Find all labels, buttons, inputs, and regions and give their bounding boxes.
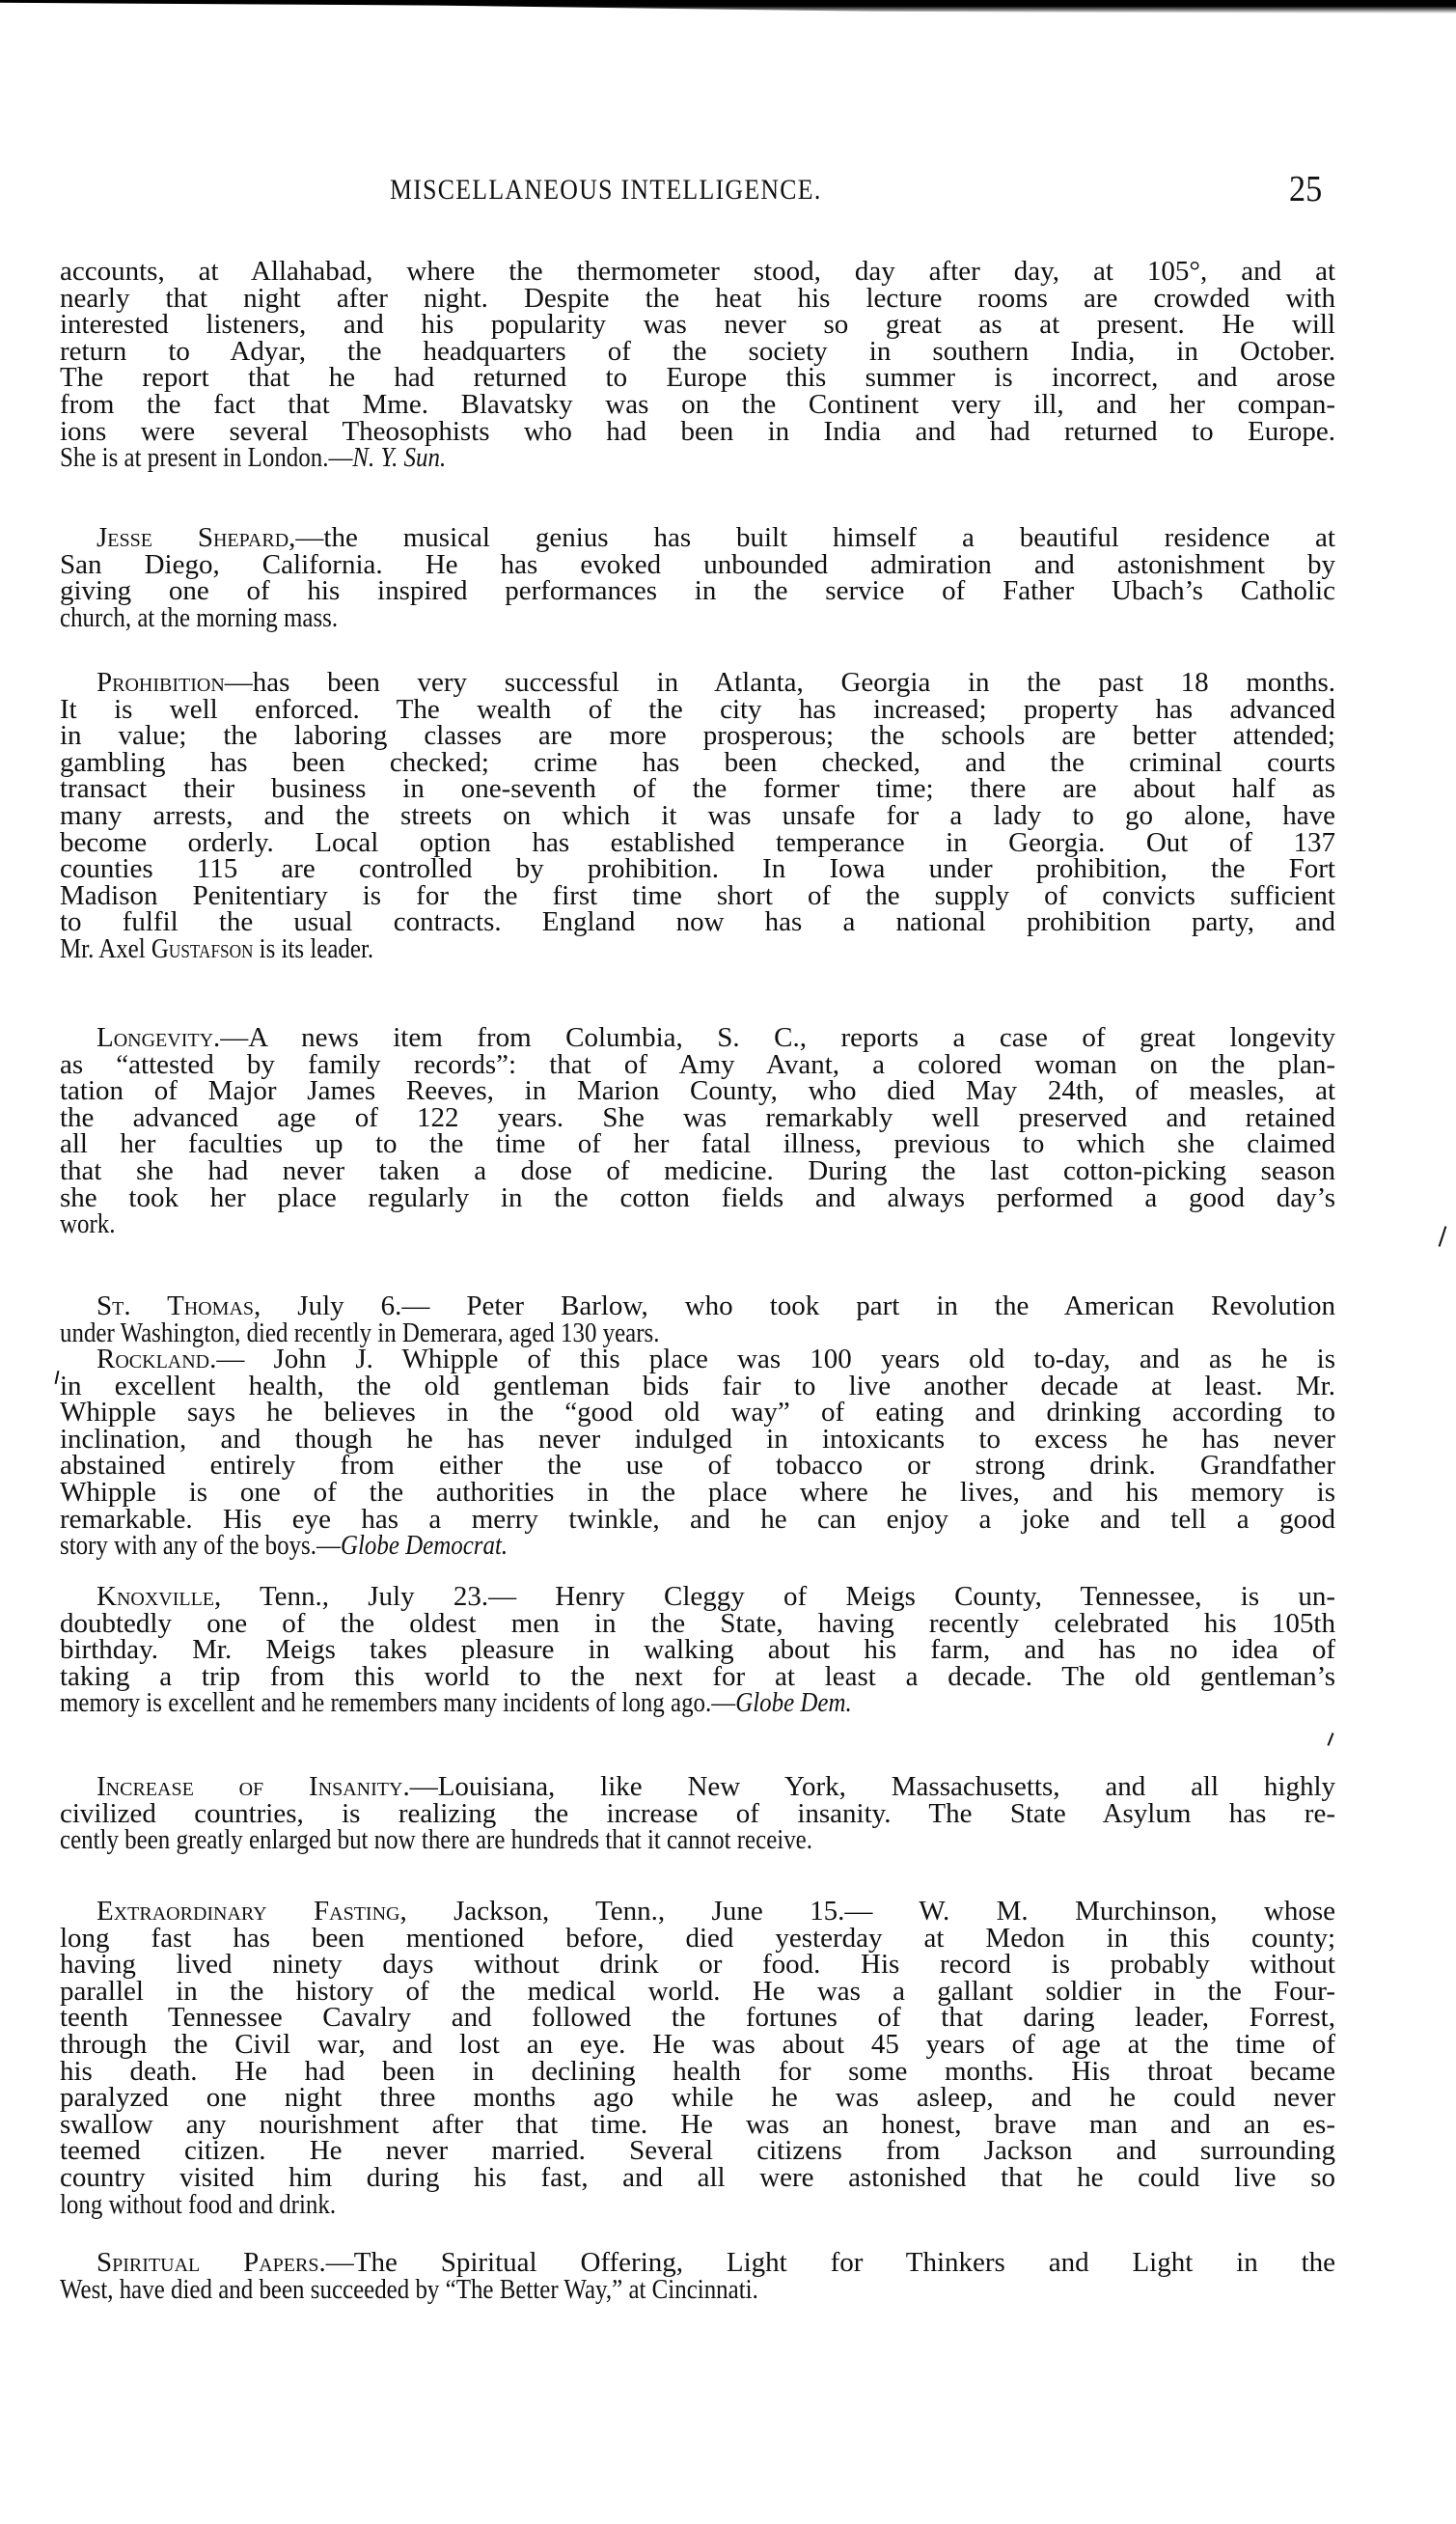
text-line: in excellent health, the old gentleman b…	[60, 1373, 1335, 1401]
paragraph-theosophy-continuation: accounts, at Allahabad, where the thermo…	[60, 259, 1335, 472]
text-line: from the fact that Mme. Blavatsky was on…	[60, 392, 1335, 419]
text-line: Mr. Axel Gustafson is its leader.	[60, 936, 1157, 963]
paragraph-prohibition: Prohibition—has been very successful in …	[60, 670, 1335, 963]
text-line: The report that he had returned to Europ…	[60, 365, 1335, 392]
text-line: giving one of his inspired performances …	[60, 578, 1335, 605]
text-line: swallow any nourishment after that time.…	[60, 2112, 1335, 2139]
text-line: Extraordinary Fasting, Jackson, Tenn., J…	[60, 1899, 1335, 1926]
text-line: She is at present in London.—N. Y. Sun.	[60, 445, 1157, 472]
text-line: parallel in the history of the medical w…	[60, 1979, 1335, 2006]
text-line: Whipple is one of the authorities in the…	[60, 1480, 1335, 1507]
scan-edge-shadow	[0, 0, 1456, 14]
text-line: accounts, at Allahabad, where the thermo…	[60, 259, 1335, 286]
text-line: gambling has been checked; crime has bee…	[60, 750, 1335, 777]
text-line: teenth Tennessee Cavalry and followed th…	[60, 2005, 1335, 2032]
text-line: in value; the laboring classes are more …	[60, 723, 1335, 750]
text-line: that she had never taken a dose of medic…	[60, 1158, 1335, 1185]
paragraph-extraordinary-fasting: Extraordinary Fasting, Jackson, Tenn., J…	[60, 1899, 1335, 2218]
text-line: Prohibition—has been very successful in …	[60, 670, 1335, 697]
text-line: Rockland.— John J. Whipple of this place…	[60, 1346, 1335, 1373]
text-line: Longevity.—A news item from Columbia, S.…	[60, 1025, 1335, 1052]
text-line: interested listeners, and his popularity…	[60, 312, 1335, 339]
text-line: return to Adyar, the headquarters of the…	[60, 339, 1335, 366]
text-line: It is well enforced. The wealth of the c…	[60, 697, 1335, 724]
text-line: become orderly. Local option has establi…	[60, 830, 1335, 857]
text-line: she took her place regularly in the cott…	[60, 1185, 1335, 1212]
text-line: ions were several Theosophists who had b…	[60, 419, 1335, 446]
text-line: Madison Penitentiary is for the first ti…	[60, 883, 1335, 910]
text-line: work.	[60, 1211, 1157, 1238]
text-line: teemed citizen. He never married. Severa…	[60, 2138, 1335, 2165]
scan-mark	[55, 1371, 60, 1384]
text-line: having lived ninety days without drink o…	[60, 1952, 1335, 1979]
page-number: 25	[1289, 168, 1322, 210]
text-line: counties 115 are controlled by prohibiti…	[60, 856, 1335, 883]
paragraph-knoxville: Knoxville, Tenn., July 23.— Henry Cleggy…	[60, 1584, 1335, 1717]
source-citation: N. Y. Sun.	[352, 442, 446, 473]
text-line: long without food and drink.	[60, 2192, 1157, 2219]
text-line: civilized countries, is realizing the in…	[60, 1801, 1335, 1828]
text-line: San Diego, California. He has evoked unb…	[60, 552, 1335, 579]
text-line: his death. He had been in declining heal…	[60, 2059, 1335, 2086]
text-line: country visited him during his fast, and…	[60, 2165, 1335, 2192]
source-citation: Globe Dem.	[735, 1687, 852, 1718]
running-title: MISCELLANEOUS INTELLIGENCE.	[390, 174, 822, 207]
text-line: Whipple says he believes in the “good ol…	[60, 1400, 1335, 1427]
text-line: memory is excellent and he remembers man…	[60, 1690, 1157, 1717]
text-line: remarkable. His eye has a merry twinkle,…	[60, 1507, 1335, 1534]
text-line: Spiritual Papers.—The Spiritual Offering…	[60, 2250, 1335, 2277]
text-line: Jesse Shepard,—the musical genius has bu…	[60, 525, 1335, 552]
text-line: many arrests, and the streets on which i…	[60, 803, 1335, 830]
text-line: story with any of the boys.—Globe Democr…	[60, 1533, 1157, 1560]
text-line: paralyzed one night three months ago whi…	[60, 2085, 1335, 2112]
paragraph-longevity: Longevity.—A news item from Columbia, S.…	[60, 1025, 1335, 1238]
source-citation: Globe Democrat.	[341, 1530, 508, 1561]
text-line: through the Civil war, and lost an eye. …	[60, 2032, 1335, 2059]
running-head: MISCELLANEOUS INTELLIGENCE. 25	[0, 170, 1456, 208]
small-caps-name: Gustafson	[151, 933, 254, 964]
text-line: inclination, and though he has never ind…	[60, 1427, 1335, 1454]
text-line: Knoxville, Tenn., July 23.— Henry Cleggy…	[60, 1584, 1335, 1611]
text-line: the advanced age of 122 years. She was r…	[60, 1105, 1335, 1132]
text-line: cently been greatly enlarged but now the…	[60, 1827, 1157, 1854]
text-line: as “attested by family records”: that of…	[60, 1052, 1335, 1079]
paragraph-st-thomas: St. Thomas, July 6.— Peter Barlow, who t…	[60, 1293, 1335, 1346]
text-line: doubtedly one of the oldest men in the S…	[60, 1611, 1335, 1638]
paragraph-jesse-shepard: Jesse Shepard,—the musical genius has bu…	[60, 525, 1335, 631]
paragraph-increase-of-insanity: Increase of Insanity.—Louisiana, like Ne…	[60, 1774, 1335, 1854]
text-line: tation of Major James Reeves, in Marion …	[60, 1078, 1335, 1105]
text-line: to fulfil the usual contracts. England n…	[60, 909, 1335, 936]
scan-mark	[1327, 1733, 1333, 1746]
text-line: Increase of Insanity.—Louisiana, like Ne…	[60, 1774, 1335, 1801]
text-line: West, have died and been succeeded by “T…	[60, 2277, 1157, 2304]
text-line: taking a trip from this world to the nex…	[60, 1664, 1335, 1691]
text-line: long fast has been mentioned before, die…	[60, 1926, 1335, 1953]
text-line: all her faculties up to the time of her …	[60, 1131, 1335, 1158]
paragraph-spiritual-papers: Spiritual Papers.—The Spiritual Offering…	[60, 2250, 1335, 2303]
text-line: birthday. Mr. Meigs takes pleasure in wa…	[60, 1637, 1335, 1664]
text-line: nearly that night after night. Despite t…	[60, 286, 1335, 313]
paragraph-rockland: Rockland.— John J. Whipple of this place…	[60, 1346, 1335, 1560]
text-line: abstained entirely from either the use o…	[60, 1453, 1335, 1480]
scan-mark	[1439, 1226, 1447, 1247]
text-line: church, at the morning mass.	[60, 605, 1157, 632]
text-line: transact their business in one-seventh o…	[60, 776, 1335, 803]
text-line: St. Thomas, July 6.— Peter Barlow, who t…	[60, 1293, 1335, 1320]
